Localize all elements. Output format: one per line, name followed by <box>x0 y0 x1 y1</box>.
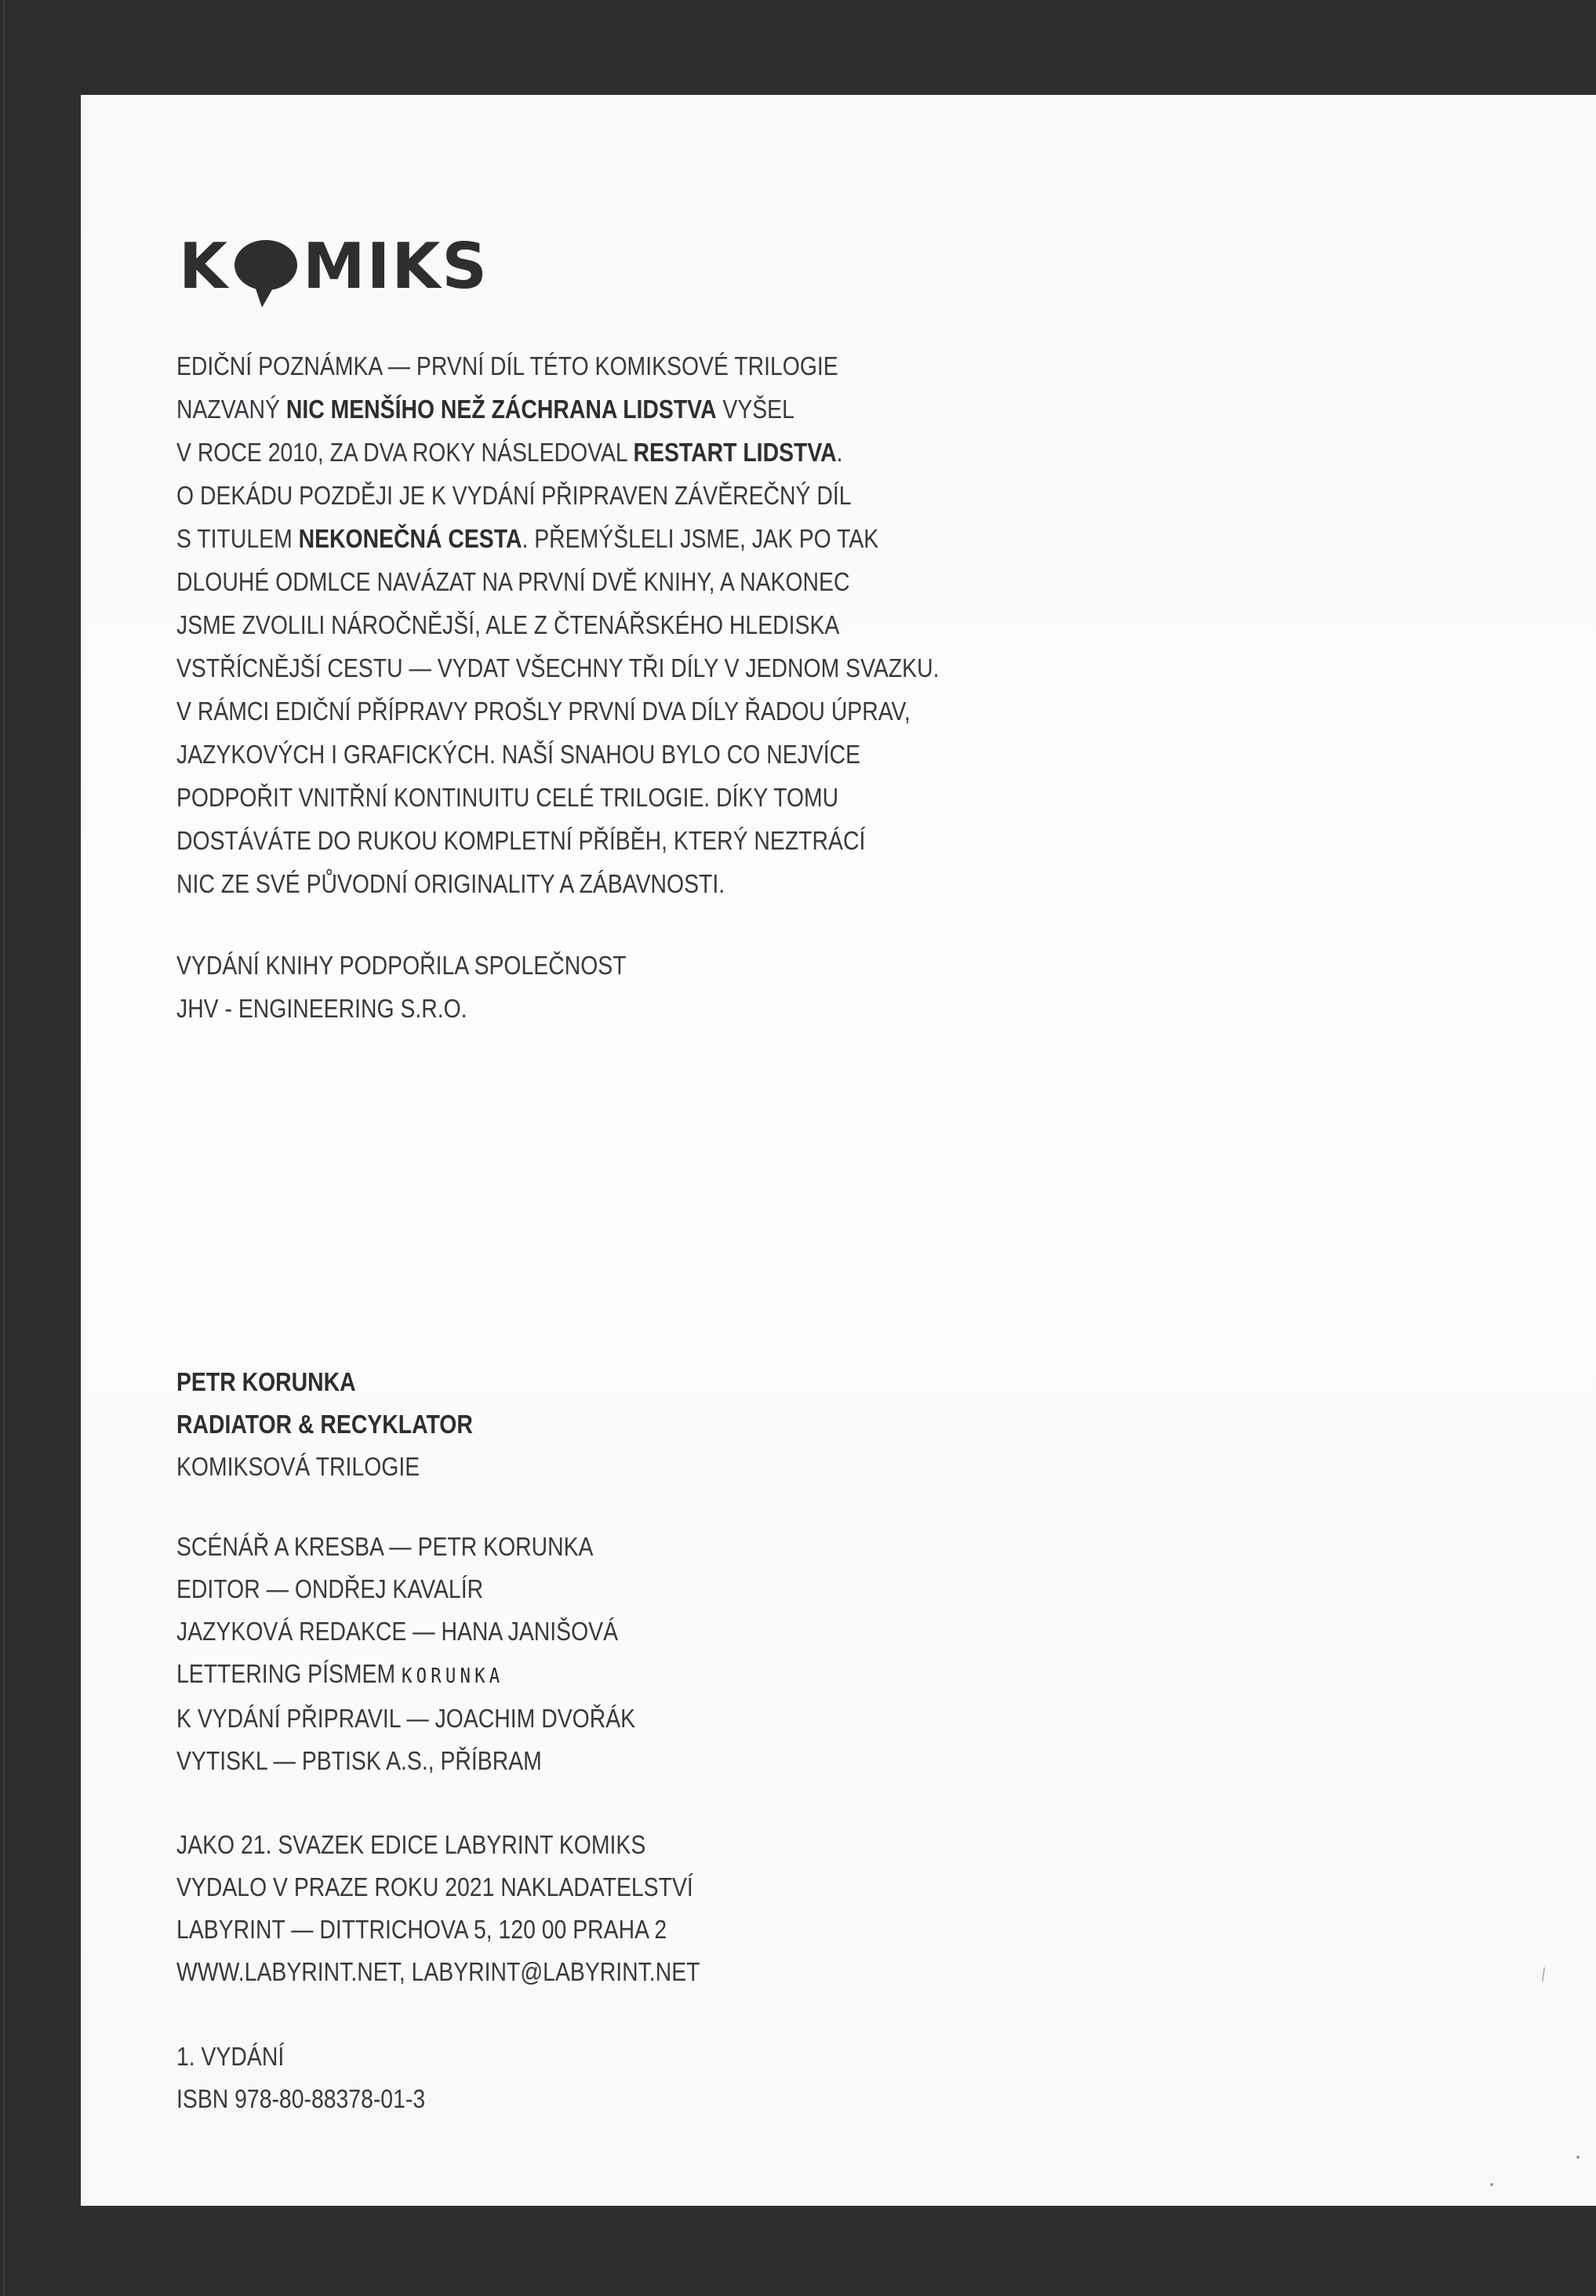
sponsor-note: VYDÁNÍ KNIHY PODPOŘILA SPOLEČNOST JHV - … <box>176 944 627 1030</box>
editorial-note-line: EDIČNÍ POZNÁMKA — PRVNÍ DÍL TÉTO KOMIKSO… <box>176 344 939 388</box>
editorial-note-line: DOSTÁVÁTE DO RUKOU KOMPLETNÍ PŘÍBĚH, KTE… <box>176 819 939 862</box>
speech-bubble-icon <box>231 234 301 309</box>
note-text: . <box>837 438 843 467</box>
editorial-note-line: V RÁMCI EDIČNÍ PŘÍPRAVY PROŠLY PRVNÍ DVA… <box>176 690 939 733</box>
note-text: NAZVANÝ <box>176 395 286 424</box>
publisher-block: JAKO 21. SVAZEK EDICE LABYRINT KOMIKS VY… <box>176 1824 700 1993</box>
logo-letters-miks: MIKS <box>303 235 489 298</box>
credit-printed-by: VYTISKL — PBTISK A.S., PŘÍBRAM <box>176 1740 635 1782</box>
credit-prepared-by: K VYDÁNÍ PŘIPRAVIL — JOACHIM DVOŘÁK <box>176 1697 635 1740</box>
dust-speck <box>1576 2156 1580 2159</box>
book-title-block: PETR KORUNKA RADIATOR & RECYKLATOR KOMIK… <box>176 1361 473 1488</box>
note-text: EDIČNÍ POZNÁMKA — PRVNÍ DÍL TÉTO KOMIKSO… <box>176 351 838 380</box>
author-name: PETR KORUNKA <box>176 1367 356 1396</box>
dust-speck <box>1490 2183 1493 2186</box>
book-title: RADIATOR & RECYKLATOR <box>176 1410 473 1439</box>
editorial-note-line: VSTŘÍCNĚJŠÍ CESTU — VYDAT VŠECHNY TŘI DÍ… <box>176 646 939 690</box>
editorial-note-line: JAZYKOVÝCH I GRAFICKÝCH. NAŠÍ SNAHOU BYL… <box>176 733 939 776</box>
credit-editor: EDITOR — ONDŘEJ KAVALÍR <box>176 1568 635 1610</box>
note-text: O DEKÁDU POZDĚJI JE K VYDÁNÍ PŘIPRAVEN Z… <box>176 481 852 510</box>
edition-block: 1. VYDÁNÍ ISBN 978-80-88378-01-3 <box>176 2036 425 2120</box>
credit-lettering-label: LETTERING PÍSMEM <box>176 1659 402 1688</box>
editorial-note-line: DLOUHÉ ODMLCE NAVÁZAT NA PRVNÍ DVĚ KNIHY… <box>176 560 939 603</box>
sponsor-line-2: JHV - ENGINEERING S.R.O. <box>176 987 627 1030</box>
credit-lettering: LETTERING PÍSMEM KORUNKA <box>176 1653 635 1697</box>
book-title-reference: RESTART LIDSTVA <box>634 438 837 467</box>
editorial-note-line: S TITULEM NEKONEČNÁ CESTA. PŘEMÝŠLELI JS… <box>176 517 939 560</box>
publisher-line-1: JAKO 21. SVAZEK EDICE LABYRINT KOMIKS <box>176 1824 700 1866</box>
editorial-note-line: JSME ZVOLILI NÁROČNĚJŠÍ, ALE Z ČTENÁŘSKÉ… <box>176 603 939 646</box>
book-title-reference: NIC MENŠÍHO NEŽ ZÁCHRANA LIDSTVA <box>286 395 717 424</box>
editorial-note: EDIČNÍ POZNÁMKA — PRVNÍ DÍL TÉTO KOMIKSO… <box>176 344 939 905</box>
lettering-font-sample: KORUNKA <box>402 1665 504 1688</box>
edition-label: 1. VYDÁNÍ <box>176 2036 425 2078</box>
note-text: JAZYKOVÝCH I GRAFICKÝCH. NAŠÍ SNAHOU BYL… <box>176 740 860 769</box>
publisher-line-3: LABYRINT — DITTRICHOVA 5, 120 00 PRAHA 2 <box>176 1908 700 1951</box>
note-text: V ROCE 2010, ZA DVA ROKY NÁSLEDOVAL <box>176 438 634 467</box>
note-text: DLOUHÉ ODMLCE NAVÁZAT NA PRVNÍ DVĚ KNIHY… <box>176 567 849 596</box>
editorial-note-line: V ROCE 2010, ZA DVA ROKY NÁSLEDOVAL REST… <box>176 431 939 474</box>
editorial-note-line: PODPOŘIT VNITŘNÍ KONTINUITU CELÉ TRILOGI… <box>176 776 939 819</box>
credit-language-editing: JAZYKOVÁ REDAKCE — HANA JANIŠOVÁ <box>176 1610 635 1653</box>
isbn: ISBN 978-80-88378-01-3 <box>176 2078 425 2120</box>
publisher-line-2: VYDALO V PRAZE ROKU 2021 NAKLADATELSTVÍ <box>176 1866 700 1908</box>
editorial-note-line: NIC ZE SVÉ PŮVODNÍ ORIGINALITY A ZÁBAVNO… <box>176 862 939 905</box>
note-text: S TITULEM <box>176 524 299 553</box>
logo-letter-k: K <box>179 235 229 298</box>
book-subtitle: KOMIKSOVÁ TRILOGIE <box>176 1446 473 1488</box>
komiks-logo: K MIKS <box>179 234 489 300</box>
note-text: . PŘEMÝŠLELI JSME, JAK PO TAK <box>522 524 878 553</box>
note-text: JSME ZVOLILI NÁROČNĚJŠÍ, ALE Z ČTENÁŘSKÉ… <box>176 610 839 639</box>
book-title-reference: NEKONEČNÁ CESTA <box>299 524 522 553</box>
credit-script-art: SCÉNÁŘ A KRESBA — PETR KORUNKA <box>176 1526 635 1568</box>
sponsor-line-1: VYDÁNÍ KNIHY PODPOŘILA SPOLEČNOST <box>176 944 627 987</box>
publisher-contacts: WWW.LABYRINT.NET, LABYRINT@LABYRINT.NET <box>176 1951 700 1993</box>
note-text: VYŠEL <box>717 395 794 424</box>
note-text: NIC ZE SVÉ PŮVODNÍ ORIGINALITY A ZÁBAVNO… <box>176 869 725 898</box>
scan-spine-edge <box>3 0 5 2296</box>
note-text: VSTŘÍCNĚJŠÍ CESTU — VYDAT VŠECHNY TŘI DÍ… <box>176 653 939 682</box>
credits-block: SCÉNÁŘ A KRESBA — PETR KORUNKA EDITOR — … <box>176 1526 635 1782</box>
note-text: V RÁMCI EDIČNÍ PŘÍPRAVY PROŠLY PRVNÍ DVA… <box>176 697 911 726</box>
note-text: DOSTÁVÁTE DO RUKOU KOMPLETNÍ PŘÍBĚH, KTE… <box>176 826 865 855</box>
note-text: PODPOŘIT VNITŘNÍ KONTINUITU CELÉ TRILOGI… <box>176 783 838 812</box>
editorial-note-line: NAZVANÝ NIC MENŠÍHO NEŽ ZÁCHRANA LIDSTVA… <box>176 388 939 431</box>
editorial-note-line: O DEKÁDU POZDĚJI JE K VYDÁNÍ PŘIPRAVEN Z… <box>176 474 939 517</box>
